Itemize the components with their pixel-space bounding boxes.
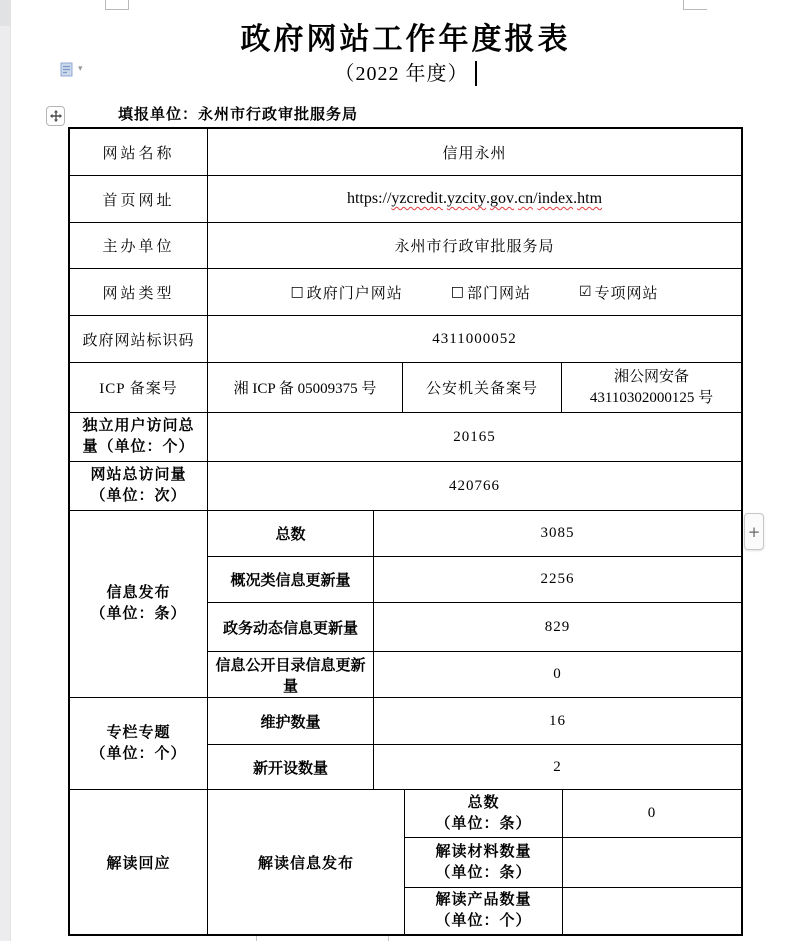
- section-info-publish: 信息发布 （单位：条） 总数 3085 概况类信息更新量 2256 政务动态信息…: [70, 510, 741, 697]
- label-line: 总数: [467, 793, 499, 814]
- url-part: https://: [347, 190, 391, 208]
- interp-material-value[interactable]: [562, 838, 741, 887]
- interp-total-label: 总数 （单位：条）: [405, 790, 562, 837]
- info-total-value[interactable]: 3085: [373, 511, 741, 556]
- chevron-down-icon: ▾: [78, 65, 83, 74]
- info-publish-label: 信息发布 （单位：条）: [70, 511, 207, 697]
- site-type-options: □政府门户网站 □部门网站 ☑专项网站: [207, 269, 741, 315]
- info-news-label: 政务动态信息更新量: [208, 603, 373, 651]
- interpretation-label: 解读回应: [70, 790, 207, 934]
- interp-product-label: 解读产品数量 （单位：个）: [405, 888, 562, 934]
- label-line: （单位：次）: [90, 486, 186, 507]
- margin-mark-top-right-icon: [683, 0, 707, 10]
- info-directory-label: 信息公开目录信息更新量: [208, 652, 373, 697]
- info-directory-value[interactable]: 0: [373, 652, 741, 697]
- reporting-unit: 填报单位：永州市行政审批服务局: [118, 103, 358, 124]
- interpretation-rows: 总数 （单位：条） 0 解读材料数量 （单位：条） 解读产品数量 （单位：个）: [404, 790, 741, 934]
- table-row: 总数 3085: [208, 511, 741, 556]
- report-table: 网站名称 信用永州 首页网址 https://yzcredit.yzcity.g…: [68, 127, 743, 936]
- label-line: 信息发布: [106, 583, 170, 604]
- security-filing-label: 公安机关备案号: [402, 363, 561, 412]
- new-count-value[interactable]: 2: [373, 745, 741, 789]
- table-row: 政务动态信息更新量 829: [208, 602, 741, 651]
- table-row: 信息公开目录信息更新量 0: [208, 651, 741, 697]
- table-row: 维护数量 16: [208, 698, 741, 744]
- page-mark: [256, 936, 257, 941]
- checkbox-option-portal[interactable]: □政府门户网站: [290, 282, 402, 303]
- document-subtitle: （2022 年度）: [68, 57, 743, 86]
- checkbox-label: 政府门户网站: [307, 282, 403, 303]
- checkbox-label: 部门网站: [467, 282, 531, 303]
- total-visits-label: 网站总访问量 （单位：次）: [70, 462, 207, 510]
- unique-visitors-label: 独立用户访问总 量（单位：个）: [70, 413, 207, 461]
- interp-material-label: 解读材料数量 （单位：条）: [405, 838, 562, 887]
- url-part: htm: [577, 190, 602, 208]
- label-line: （单位：条）: [90, 604, 186, 625]
- interp-product-value[interactable]: [562, 888, 741, 934]
- section-interpretation: 解读回应 解读信息发布 总数 （单位：条） 0 解读材料数量 （单位：条） 解读…: [70, 789, 741, 934]
- table-row: 总数 （单位：条） 0: [405, 790, 741, 837]
- label-line: 解读产品数量: [435, 890, 531, 911]
- table-row-total-visits: 网站总访问量 （单位：次） 420766: [70, 461, 741, 510]
- label-line: （单位：个）: [90, 744, 186, 765]
- checkbox-unchecked-icon: □: [451, 285, 465, 299]
- editor-gutter-top: [0, 0, 10, 26]
- label-line: （单位：条）: [435, 863, 531, 884]
- homepage-url-value[interactable]: https://yzcredit.yzcity.gov.cn/index.htm: [207, 176, 741, 222]
- checkbox-checked-icon: ☑: [579, 285, 593, 299]
- organizer-label: 主办单位: [70, 223, 207, 268]
- url-part: gov: [490, 190, 514, 208]
- interp-total-value[interactable]: 0: [562, 790, 741, 837]
- table-row: 解读产品数量 （单位：个）: [405, 887, 741, 934]
- table-row-site-id: 政府网站标识码 4311000052: [70, 315, 741, 362]
- interpretation-sub-label: 解读信息发布: [207, 790, 404, 934]
- site-id-value[interactable]: 4311000052: [207, 316, 741, 362]
- label-line: 专栏专题: [106, 723, 170, 744]
- maintain-count-value[interactable]: 16: [373, 698, 741, 744]
- icp-label: ICP 备案号: [70, 363, 207, 412]
- clipboard-icon: [60, 62, 73, 77]
- text-cursor: [475, 61, 477, 86]
- label-line: 解读材料数量: [435, 842, 531, 863]
- table-row-organizer: 主办单位 永州市行政审批服务局: [70, 222, 741, 268]
- reporting-unit-label: 填报单位：: [118, 107, 198, 123]
- label-line: （单位：个）: [435, 911, 531, 932]
- table-row-homepage: 首页网址 https://yzcredit.yzcity.gov.cn/inde…: [70, 175, 741, 222]
- table-row-icp: ICP 备案号 湘 ICP 备 05009375 号 公安机关备案号 湘公网安备…: [70, 362, 741, 412]
- site-type-label: 网站类型: [70, 269, 207, 315]
- site-name-value[interactable]: 信用永州: [207, 129, 741, 175]
- table-move-handle[interactable]: [46, 106, 65, 126]
- table-row-unique-visitors: 独立用户访问总 量（单位：个） 20165: [70, 412, 741, 461]
- info-news-value[interactable]: 829: [373, 603, 741, 651]
- maintain-count-label: 维护数量: [208, 698, 373, 744]
- table-row-site-type: 网站类型 □政府门户网站 □部门网站 ☑专项网站: [70, 268, 741, 315]
- insert-column-button[interactable]: +: [744, 513, 764, 550]
- margin-mark-top-left-icon: [105, 0, 129, 10]
- url-part: yzcity: [447, 190, 486, 208]
- site-name-label: 网站名称: [70, 129, 207, 175]
- table-row: 解读材料数量 （单位：条）: [405, 837, 741, 887]
- total-visits-value[interactable]: 420766: [207, 462, 741, 510]
- icp-value[interactable]: 湘 ICP 备 05009375 号: [207, 363, 402, 412]
- checkbox-option-department[interactable]: □部门网站: [451, 282, 531, 303]
- url-part: index: [538, 190, 574, 208]
- label-line: 网站总访问量: [90, 465, 186, 486]
- subtitle-text: （2022 年度）: [335, 63, 469, 85]
- new-count-label: 新开设数量: [208, 745, 373, 789]
- table-row: 概况类信息更新量 2256: [208, 556, 741, 602]
- security-filing-value[interactable]: 湘公网安备 43110302000125 号: [561, 363, 741, 412]
- security-filing-line1: 湘公网安备: [614, 367, 689, 388]
- info-overview-value[interactable]: 2256: [373, 557, 741, 602]
- checkbox-label: 专项网站: [595, 282, 659, 303]
- info-overview-label: 概况类信息更新量: [208, 557, 373, 602]
- checkbox-option-special[interactable]: ☑专项网站: [579, 282, 659, 303]
- security-filing-line2: 43110302000125 号: [590, 388, 713, 409]
- section-special-columns: 专栏专题 （单位：个） 维护数量 16 新开设数量 2: [70, 697, 741, 789]
- label-line: 独立用户访问总: [82, 416, 194, 437]
- special-columns-rows: 维护数量 16 新开设数量 2: [207, 698, 741, 789]
- special-columns-label: 专栏专题 （单位：个）: [70, 698, 207, 789]
- url-part: yzcredit: [391, 190, 443, 208]
- homepage-label: 首页网址: [70, 176, 207, 222]
- info-total-label: 总数: [208, 511, 373, 556]
- table-row: 新开设数量 2: [208, 744, 741, 789]
- label-line: 量（单位：个）: [82, 437, 194, 458]
- table-row-site-name: 网站名称 信用永州: [70, 129, 741, 175]
- document-title: 政府网站工作年度报表: [68, 14, 743, 58]
- unique-visitors-value[interactable]: 20165: [207, 413, 741, 461]
- reporting-unit-value: 永州市行政审批服务局: [198, 107, 358, 123]
- move-icon: [50, 110, 62, 122]
- label-line: （单位：条）: [435, 814, 531, 835]
- site-id-label: 政府网站标识码: [70, 316, 207, 362]
- paste-options-button[interactable]: ▾: [60, 59, 92, 79]
- info-publish-rows: 总数 3085 概况类信息更新量 2256 政务动态信息更新量 829 信息公开…: [207, 511, 741, 697]
- organizer-value[interactable]: 永州市行政审批服务局: [207, 223, 741, 268]
- editor-gutter: [0, 0, 11, 941]
- url-part: cn: [518, 190, 533, 208]
- page-mark: [388, 936, 389, 941]
- checkbox-unchecked-icon: □: [290, 285, 304, 299]
